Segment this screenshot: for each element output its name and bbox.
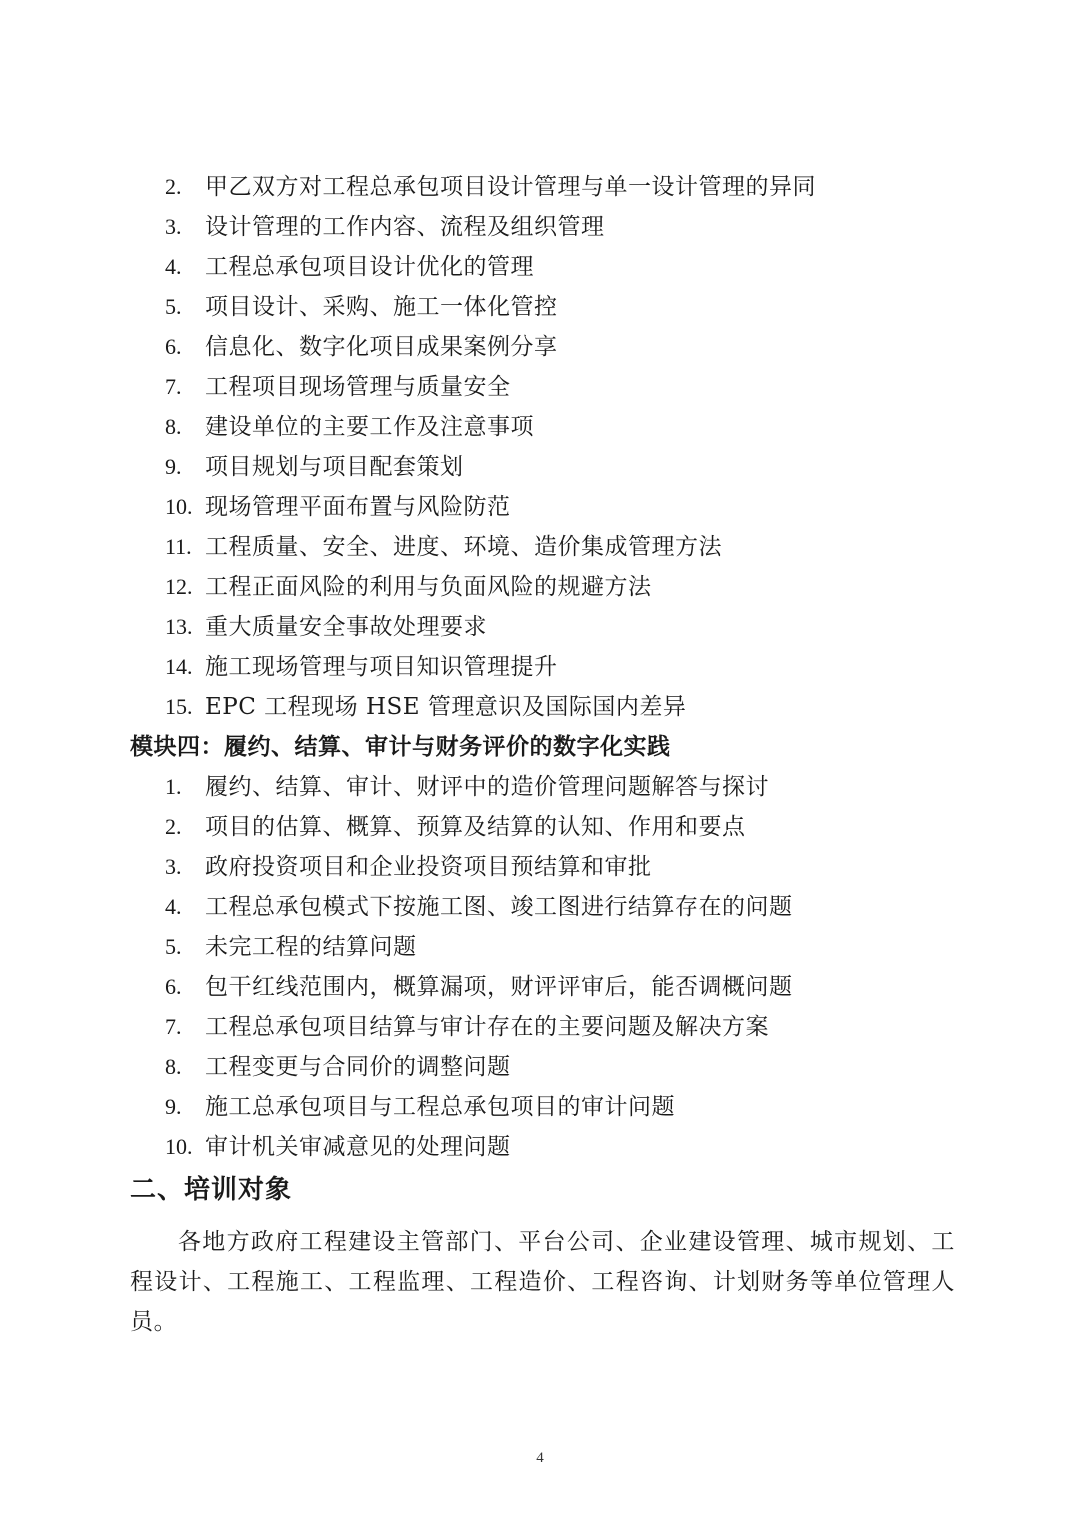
document-page: 2.甲乙双方对工程总承包项目设计管理与单一设计管理的异同 3.设计管理的工作内容… [0, 0, 1080, 1527]
list-item: 8.建设单位的主要工作及注意事项 [0, 407, 1080, 447]
section-heading-training-target: 二、培训对象 [130, 1170, 292, 1210]
list-item: 4.工程总承包模式下按施工图、竣工图进行结算存在的问题 [0, 887, 1080, 927]
item-number: 1. [165, 767, 182, 807]
item-text: 工程变更与合同价的调整问题 [205, 1047, 511, 1087]
list-item: 4.工程总承包项目设计优化的管理 [0, 247, 1080, 287]
item-text: 项目的估算、概算、预算及结算的认知、作用和要点 [205, 807, 746, 847]
list-item: 9.项目规划与项目配套策划 [0, 447, 1080, 487]
item-text: 项目规划与项目配套策划 [205, 447, 464, 487]
list-item: 11.工程质量、安全、进度、环境、造价集成管理方法 [0, 527, 1080, 567]
list-item: 5.未完工程的结算问题 [0, 927, 1080, 967]
training-target-paragraph: 各地方政府工程建设主管部门、平台公司、企业建设管理、城市规划、工程设计、工程施工… [130, 1222, 955, 1342]
item-text: 履约、结算、审计、财评中的造价管理问题解答与探讨 [205, 767, 769, 807]
list-item: 12.工程正面风险的利用与负面风险的规避方法 [0, 567, 1080, 607]
item-number: 10. [165, 487, 193, 527]
list-item: 15.EPC 工程现场 HSE 管理意识及国际国内差异 [0, 687, 1080, 727]
list-item: 9.施工总承包项目与工程总承包项目的审计问题 [0, 1087, 1080, 1127]
item-text: 施工总承包项目与工程总承包项目的审计问题 [205, 1087, 675, 1127]
item-text: 现场管理平面布置与风险防范 [205, 487, 511, 527]
item-number: 8. [165, 1047, 182, 1087]
list-item: 2.项目的估算、概算、预算及结算的认知、作用和要点 [0, 807, 1080, 847]
item-number: 5. [165, 287, 182, 327]
item-text: EPC 工程现场 HSE 管理意识及国际国内差异 [205, 687, 686, 727]
list-item: 8.工程变更与合同价的调整问题 [0, 1047, 1080, 1087]
list-item: 5.项目设计、采购、施工一体化管控 [0, 287, 1080, 327]
item-text: 包干红线范围内，概算漏项，财评评审后，能否调概问题 [205, 967, 793, 1007]
list-item: 2.甲乙双方对工程总承包项目设计管理与单一设计管理的异同 [0, 167, 1080, 207]
item-number: 7. [165, 1007, 182, 1047]
list-item: 13.重大质量安全事故处理要求 [0, 607, 1080, 647]
list-item: 1.履约、结算、审计、财评中的造价管理问题解答与探讨 [0, 767, 1080, 807]
item-number: 9. [165, 1087, 182, 1127]
list-item: 6.信息化、数字化项目成果案例分享 [0, 327, 1080, 367]
item-text: 施工现场管理与项目知识管理提升 [205, 647, 558, 687]
item-number: 4. [165, 247, 182, 287]
item-text: 工程质量、安全、进度、环境、造价集成管理方法 [205, 527, 722, 567]
item-text: 信息化、数字化项目成果案例分享 [205, 327, 558, 367]
list-item: 3.政府投资项目和企业投资项目预结算和审批 [0, 847, 1080, 887]
list-item: 7.工程项目现场管理与质量安全 [0, 367, 1080, 407]
page-number: 4 [0, 1450, 1080, 1467]
list-item: 14.施工现场管理与项目知识管理提升 [0, 647, 1080, 687]
item-number: 13. [165, 607, 193, 647]
module4-heading: 模块四：履约、结算、审计与财务评价的数字化实践 [130, 727, 671, 767]
item-text: 工程项目现场管理与质量安全 [205, 367, 511, 407]
item-number: 3. [165, 207, 182, 247]
item-number: 14. [165, 647, 193, 687]
item-text: 设计管理的工作内容、流程及组织管理 [205, 207, 605, 247]
item-number: 2. [165, 807, 182, 847]
item-number: 15. [165, 687, 193, 727]
item-text: 工程总承包模式下按施工图、竣工图进行结算存在的问题 [205, 887, 793, 927]
item-text: 审计机关审减意见的处理问题 [205, 1127, 511, 1167]
item-text: 未完工程的结算问题 [205, 927, 417, 967]
item-text: 政府投资项目和企业投资项目预结算和审批 [205, 847, 652, 887]
item-number: 8. [165, 407, 182, 447]
list-item: 6.包干红线范围内，概算漏项，财评评审后，能否调概问题 [0, 967, 1080, 1007]
item-number: 12. [165, 567, 193, 607]
list-item: 10.审计机关审减意见的处理问题 [0, 1127, 1080, 1167]
item-number: 2. [165, 167, 182, 207]
item-number: 4. [165, 887, 182, 927]
item-number: 5. [165, 927, 182, 967]
item-number: 6. [165, 327, 182, 367]
item-number: 3. [165, 847, 182, 887]
item-number: 10. [165, 1127, 193, 1167]
item-text: 建设单位的主要工作及注意事项 [205, 407, 534, 447]
list-item: 10.现场管理平面布置与风险防范 [0, 487, 1080, 527]
item-number: 11. [165, 527, 192, 567]
item-text: 工程总承包项目结算与审计存在的主要问题及解决方案 [205, 1007, 769, 1047]
list-item: 3.设计管理的工作内容、流程及组织管理 [0, 207, 1080, 247]
item-number: 6. [165, 967, 182, 1007]
item-number: 7. [165, 367, 182, 407]
item-text: 工程总承包项目设计优化的管理 [205, 247, 534, 287]
item-text: 甲乙双方对工程总承包项目设计管理与单一设计管理的异同 [205, 167, 816, 207]
module4-list: 1.履约、结算、审计、财评中的造价管理问题解答与探讨 2.项目的估算、概算、预算… [0, 767, 1080, 1167]
module3-list: 2.甲乙双方对工程总承包项目设计管理与单一设计管理的异同 3.设计管理的工作内容… [0, 167, 1080, 727]
item-text: 工程正面风险的利用与负面风险的规避方法 [205, 567, 652, 607]
item-number: 9. [165, 447, 182, 487]
item-text: 项目设计、采购、施工一体化管控 [205, 287, 558, 327]
list-item: 7.工程总承包项目结算与审计存在的主要问题及解决方案 [0, 1007, 1080, 1047]
item-text: 重大质量安全事故处理要求 [205, 607, 487, 647]
